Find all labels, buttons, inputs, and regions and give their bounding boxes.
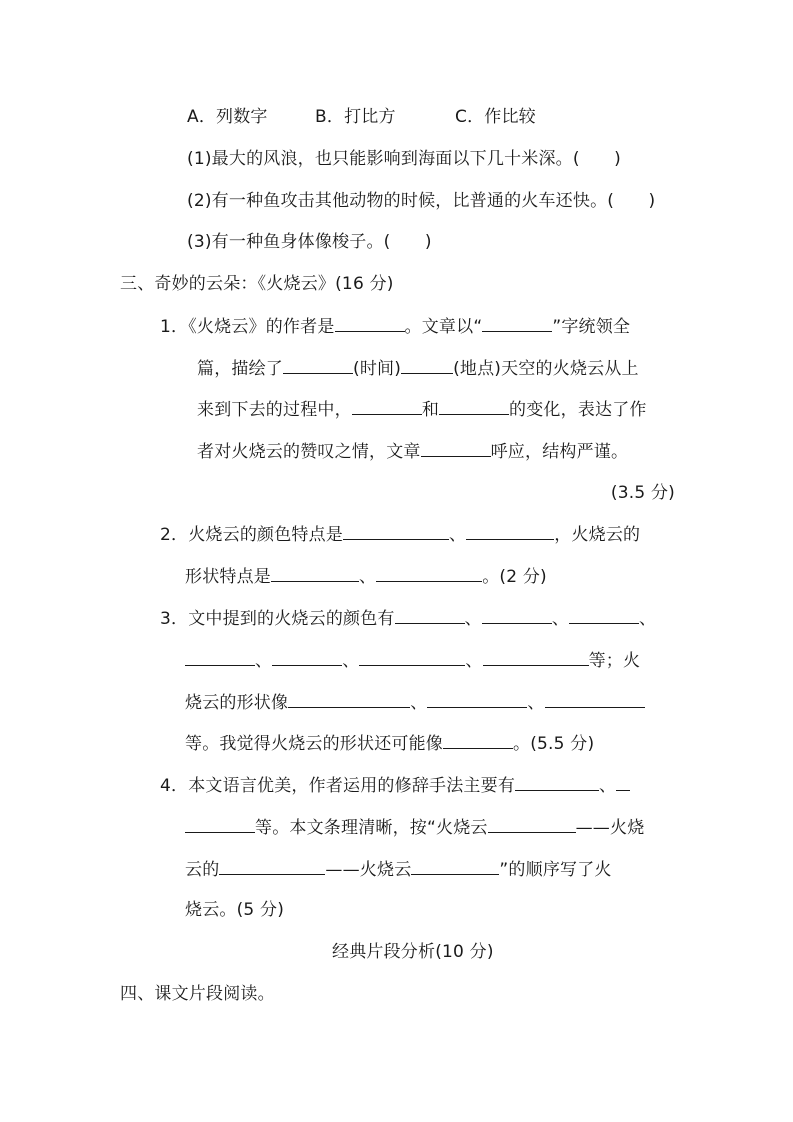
blank[interactable] [335,314,405,332]
blank[interactable] [411,857,499,875]
q1-line-3: 来到下去的过程中，和的变化，表达了作 [197,397,647,422]
q2-line-1: 2．火烧云的颜色特点是、，火烧云的 [160,522,640,547]
section-3-title: 三、奇妙的云朵：《火烧云》(16 分) [120,272,394,296]
q4-line-3: 云的——火烧云”的顺序写了火 [185,857,612,882]
blank[interactable] [283,356,353,374]
q3-line-4: 等。我觉得火烧云的形状还可能像。(5.5 分) [185,731,594,756]
options-row: A．列数字B．打比方C．作比较 [187,105,536,129]
blank[interactable] [616,773,630,791]
blank[interactable] [376,564,482,582]
q3-line-1: 3．文中提到的火烧云的颜色有、、、 [160,606,656,631]
q1-line-2: 篇，描绘了(时间)(地点)天空的火烧云从上 [197,356,639,381]
blank[interactable] [466,522,554,540]
blank[interactable] [488,815,576,833]
blank[interactable] [271,564,359,582]
blank[interactable] [401,356,453,374]
judge-item-2: (2)有一种鱼攻击其他动物的时候，比普通的火车还快。( ) [187,189,655,213]
blank[interactable] [482,314,552,332]
part-heading: 经典片段分析(10 分) [332,940,494,964]
blank[interactable] [439,397,509,415]
blank[interactable] [395,606,465,624]
q1-score: (3.5 分) [611,481,675,505]
blank[interactable] [483,648,589,666]
blank[interactable] [185,648,255,666]
q3-line-3: 烧云的形状像、、 [185,690,645,715]
option-b: B．打比方 [315,105,455,129]
section-4-title: 四、课文片段阅读。 [120,982,275,1006]
q1-line-4: 者对火烧云的赞叹之情，文章呼应，结构严谨。 [197,439,628,464]
blank[interactable] [515,773,599,791]
q4-line-2: 等。本文条理清晰，按“火烧云——火烧 [185,815,644,840]
blank[interactable] [482,606,552,624]
blank[interactable] [427,690,527,708]
q1-number: 1． [160,317,188,337]
judge-item-1: (1)最大的风浪，也只能影响到海面以下几十米深。( ) [187,147,621,171]
q4-line-4: 烧云。(5 分) [185,898,284,922]
q3-number: 3． [160,609,188,629]
blank[interactable] [272,648,342,666]
blank[interactable] [343,522,449,540]
judge-item-3: (3)有一种鱼身体像梭子。( ) [187,230,432,254]
q2-line-2: 形状特点是、。(2 分) [185,564,547,589]
q4-number: 4． [160,776,188,796]
blank[interactable] [421,439,491,457]
blank[interactable] [219,857,325,875]
q3-line-2: 、、、等；火 [185,648,640,673]
blank[interactable] [185,815,255,833]
q4-line-1: 4．本文语言优美，作者运用的修辞手法主要有、 [160,773,630,798]
option-c: C．作比较 [455,105,536,129]
blank[interactable] [569,606,639,624]
blank[interactable] [545,690,645,708]
blank[interactable] [352,397,422,415]
option-a: A．列数字 [187,105,315,129]
blank[interactable] [443,731,513,749]
blank[interactable] [359,648,465,666]
q2-number: 2． [160,525,188,545]
blank[interactable] [288,690,410,708]
q1-line-1: 1．《火烧云》的作者是。文章以“”字统领全 [160,314,630,339]
